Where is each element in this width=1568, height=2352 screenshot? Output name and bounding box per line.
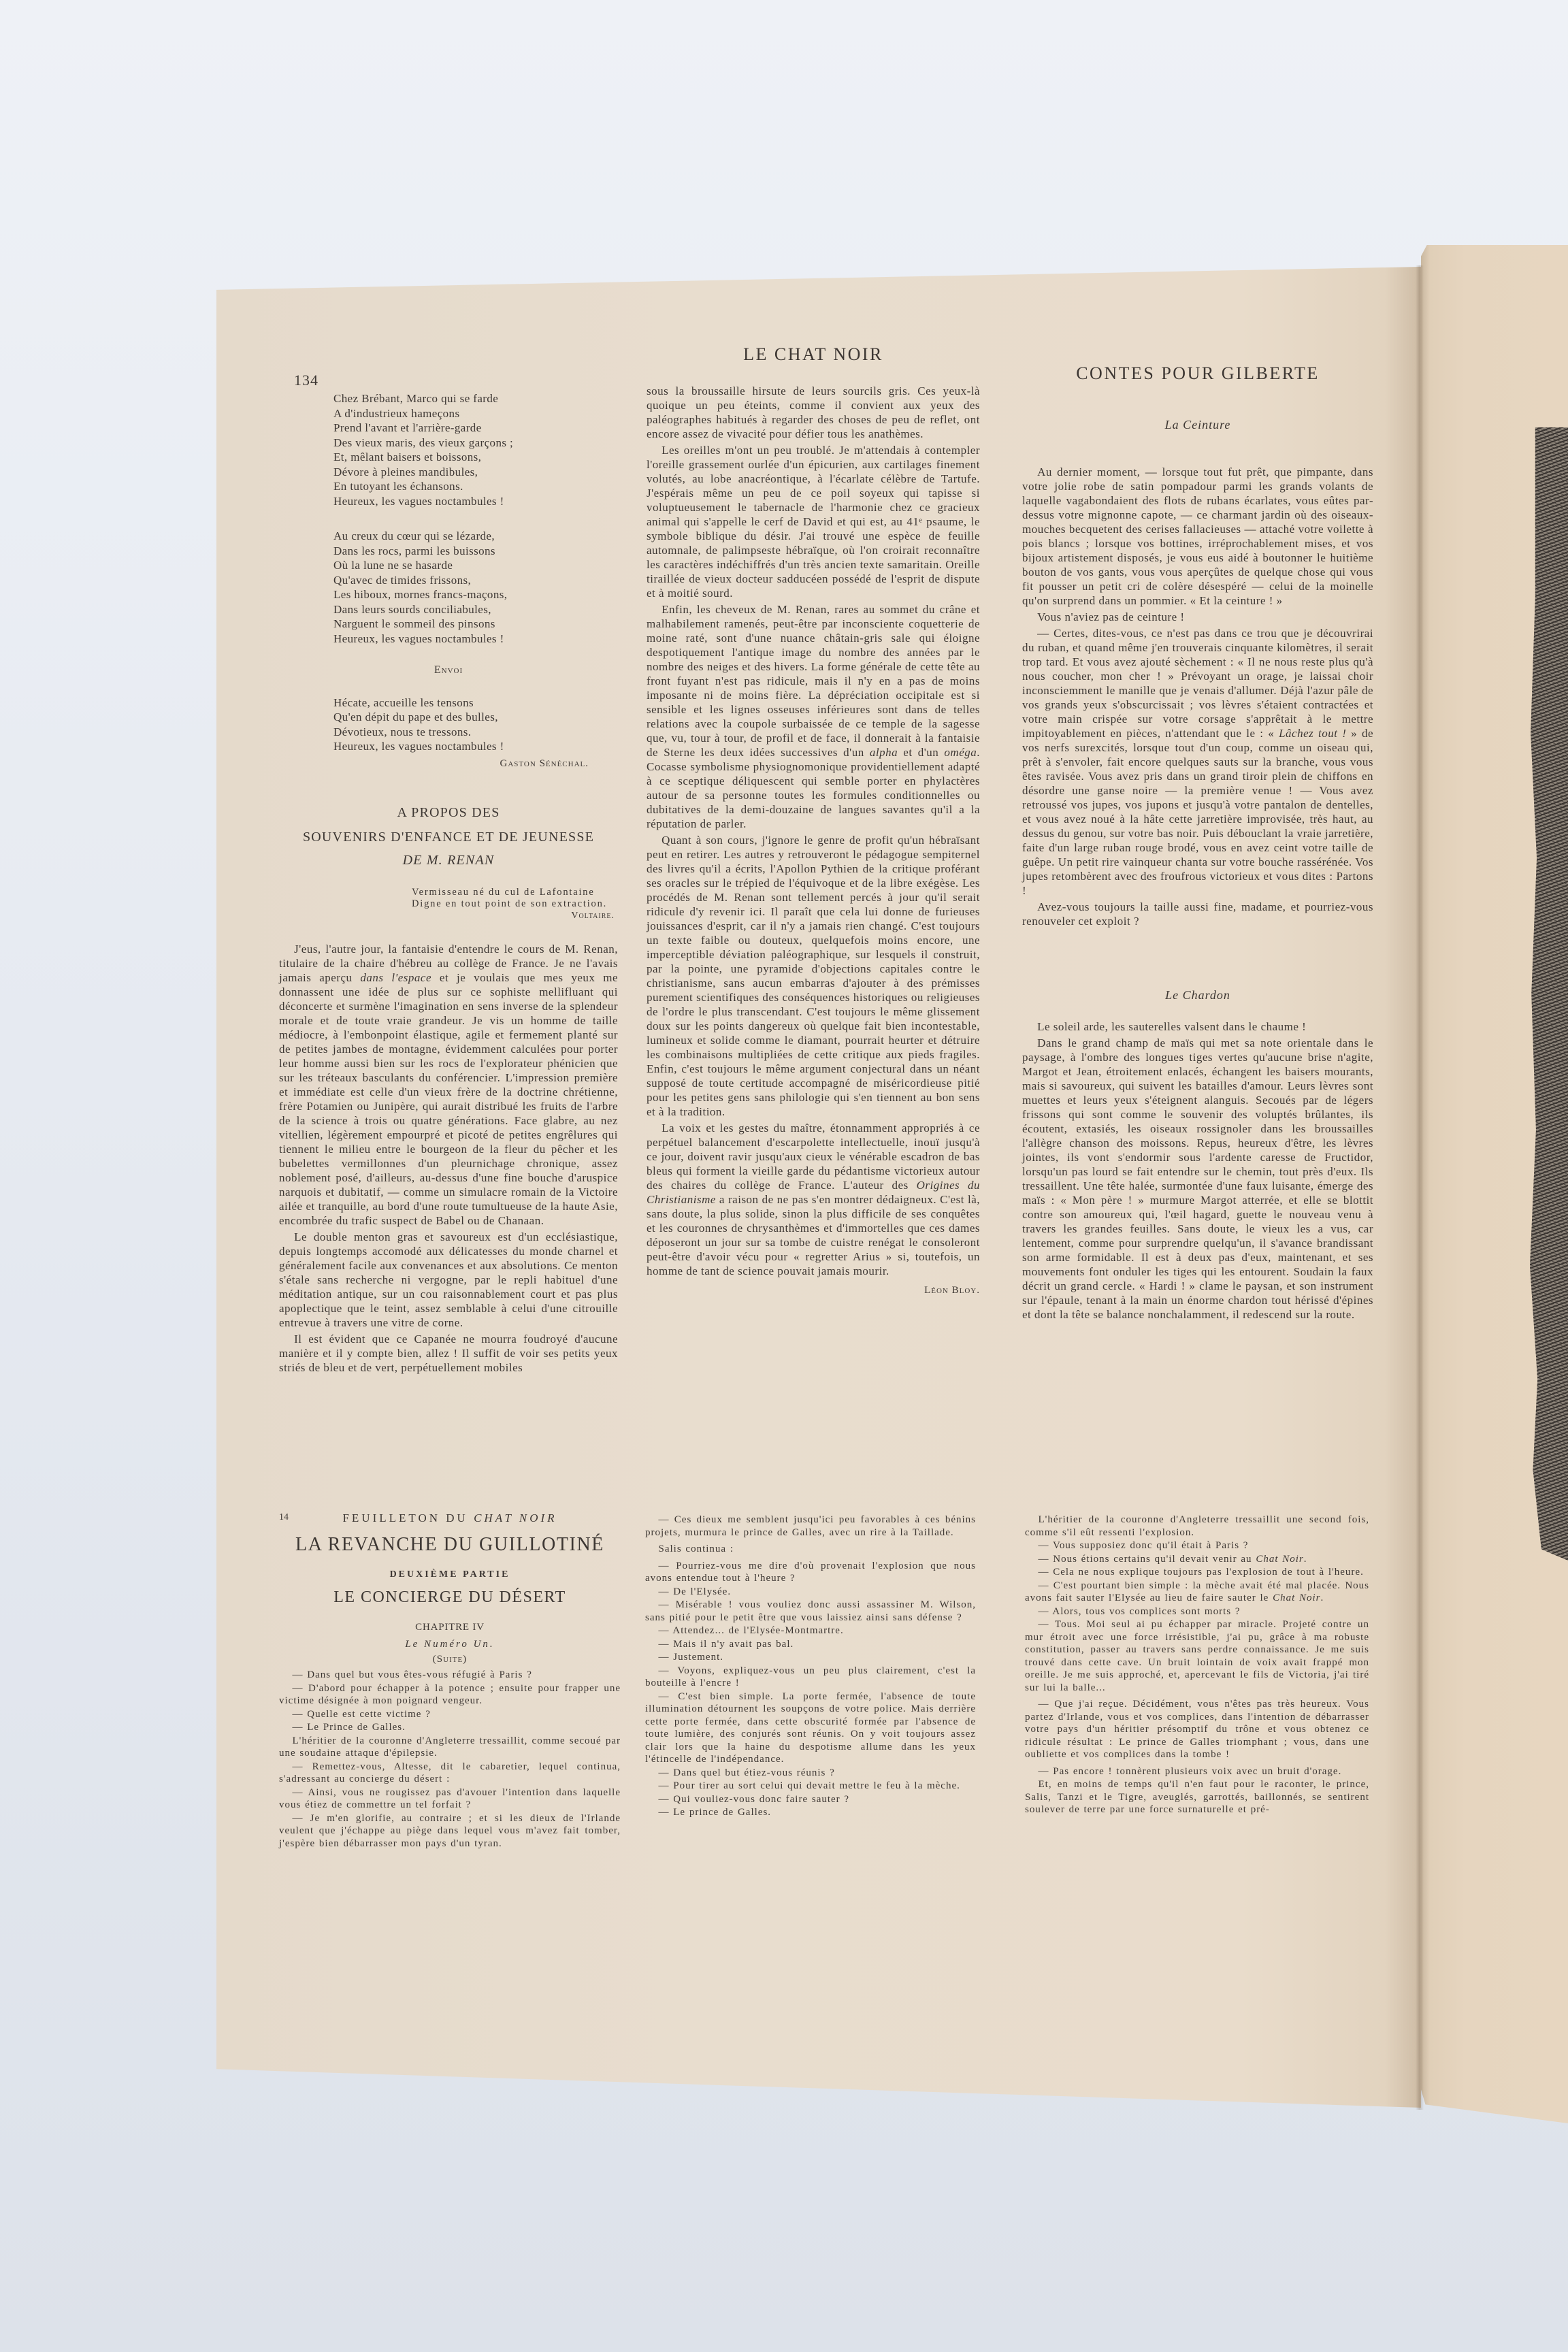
envoi-label: Envoi [279,663,618,678]
verse-line: Des vieux maris, des vieux garçons ; [279,436,618,451]
text: » de vos nerfs surexcités, lorsque tout … [1022,727,1373,897]
feuilleton-text-col1: — Dans quel but vous êtes-vous réfugié à… [279,1669,621,1850]
dialogue-line: — Pour tirer au sort celui qui devait me… [645,1780,976,1793]
dialogue-line: — Ces dieux me semblent jusqu'ici peu fa… [645,1514,976,1539]
paragraph: Les oreilles m'ont un peu troublé. Je m'… [647,443,980,600]
article-signature: Léon Bloy. [647,1284,980,1298]
text: et je voulais que mes yeux me donnassent… [279,971,618,1227]
text: Enfin, les cheveux de M. Renan, rares au… [647,603,980,759]
verse-line: Heureux, les vagues noctambules ! [279,632,618,647]
text: Le double menton gras et savoureux est d… [279,1230,618,1329]
dialogue-line: — Vous supposiez donc qu'il était à Pari… [1025,1539,1369,1552]
verse-line: Hécate, accueille les tensons [279,696,618,710]
dialogue-line: — C'est pourtant bien simple : la mèche … [1025,1580,1369,1605]
feuilleton-column-1: 14 FEUILLETON DU CHAT NOIR LA REVANCHE D… [279,1511,621,1850]
renan-article-title: A PROPOS DES SOUVENIRS D'ENFANCE ET DE J… [279,804,618,869]
paragraph: Enfin, les cheveux de M. Renan, rares au… [647,602,980,831]
epigraph: Vermisseau né du cul de Lafontaine Digne… [279,887,618,921]
dialogue-line: — Que j'ai reçue. Décidément, vous n'ête… [1025,1698,1369,1761]
text: et d'un [898,746,944,759]
dialogue-line: — Qui vouliez-vous donc faire sauter ? [645,1793,976,1806]
verse-line: Qu'en dépit du pape et des bulles, [279,710,618,725]
paragraph: Dans le grand champ de maïs qui met sa n… [1022,1036,1373,1322]
text: Il est évident que ce Capanée ne mourra … [279,1333,618,1374]
dialogue-line: — D'abord pour échapper à la potence ; e… [279,1682,621,1708]
dialogue-line: — Je m'en glorifie, au contraire ; et si… [279,1812,621,1850]
paragraph: — Certes, dites-vous, ce n'est pas dans … [1022,626,1373,898]
title-line-2: SOUVENIRS D'ENFANCE ET DE JEUNESSE [279,828,618,846]
story-title-la-ceinture: La Ceinture [1022,416,1373,433]
title-line-1: A PROPOS DES [279,804,618,821]
column-1: Chez Brébant, Marco qui se farde A d'ind… [279,391,618,1375]
verse-line: A d'industrieux hameçons [279,406,618,421]
column-3: CONTES POUR GILBERTE La Ceinture Au dern… [1022,362,1373,1322]
verse-line: Dévore à pleines mandibules, [279,465,618,480]
text: — Nous étions certains qu'il devait veni… [1039,1554,1256,1565]
story-title-le-chardon: Le Chardon [1022,987,1373,1003]
title-line-3: DE M. RENAN [279,851,618,869]
text: Avez-vous toujours la taille aussi fine,… [1022,900,1373,928]
epigraph-line: Vermisseau né du cul de Lafontaine [279,887,618,898]
dialogue-line: — Misérable ! vous vouliez donc aussi as… [645,1599,976,1624]
italic-text: Chat Noir [1256,1554,1303,1565]
dialogue-line: — Dans quel but vous êtes-vous réfugié à… [279,1669,621,1682]
feuilleton-chapter: CHAPITRE IV [279,1620,621,1635]
poem-stanza-1: Chez Brébant, Marco qui se farde A d'ind… [279,391,618,508]
verse-line: Heureux, les vagues noctambules ! [279,494,618,509]
dialogue-line: — Alors, tous vos complices sont morts ? [1025,1605,1369,1618]
text: Le soleil arde, les sauterelles valsent … [1037,1020,1306,1033]
feuilleton-part: DEUXIÈME PARTIE [279,1568,621,1582]
italic-text: dans l'espace [360,971,431,984]
dialogue-line: — Remettez-vous, Altesse, dit le cabaret… [279,1761,621,1786]
dialogue-line: L'héritier de la couronne d'Angleterre t… [279,1735,621,1760]
italic-text: oméga [944,746,977,759]
italic-text: Lâchez tout ! [1279,727,1346,740]
text: Vous n'aviez pas de ceinture ! [1037,610,1185,623]
paragraph: Vous n'aviez pas de ceinture ! [1022,610,1373,624]
verse-line: Dans leurs sourds conciliabules, [279,602,618,617]
text: . [1304,1554,1307,1565]
dialogue-line: — Pourriez-vous me dire d'où provenait l… [645,1560,976,1585]
text: Dans le grand champ de maïs qui met sa n… [1022,1036,1373,1321]
dialogue-line: — Le prince de Galles. [645,1806,976,1819]
feuilleton-title: LA REVANCHE DU GUILLOTINÉ [279,1531,621,1558]
dialogue-line: — Attendez... de l'Elysée-Montmartre. [645,1624,976,1637]
running-head-le-chat-noir: LE CHAT NOIR [647,344,980,365]
paragraph: sous la broussaille hirsute de leurs sou… [647,384,980,441]
text: . [1321,1592,1324,1603]
poem-stanza-2: Au creux du cœur qui se lézarde, Dans le… [279,529,618,646]
paragraph: La voix et les gestes du maître, étonnam… [647,1121,980,1278]
verse-line: Heureux, les vagues noctambules ! [279,739,618,754]
column-2: sous la broussaille hirsute de leurs sou… [647,384,980,1298]
verse-line: Chez Brébant, Marco qui se farde [279,391,618,406]
poem-envoi: Hécate, accueille les tensons Qu'en dépi… [279,696,618,754]
verse-line: Où la lune ne se hasarde [279,558,618,573]
page-number: 134 [294,372,318,389]
feuilleton-column-3: L'héritier de la couronne d'Angleterre t… [1025,1514,1369,1816]
feuilleton-chapter-title: Le Numéro Un. [279,1637,621,1651]
italic-text: alpha [870,746,898,759]
paragraph: Quant à son cours, j'ignore le genre de … [647,833,980,1119]
ballade-poem: Chez Brébant, Marco qui se farde A d'ind… [279,391,618,771]
dialogue-line: — Justement. [645,1651,976,1664]
poem-signature: Gaston Sénéchal. [279,757,618,771]
verse-line: Les hiboux, mornes francs-maçons, [279,587,618,602]
dialogue-line: — Cela ne nous explique toujours pas l'e… [1025,1566,1369,1579]
verse-line: Au creux du cœur qui se lézarde, [279,529,618,544]
dialogue-line: — Dans quel but étiez-vous réunis ? [645,1767,976,1780]
feuilleton-column-2: — Ces dieux me semblent jusqu'ici peu fa… [645,1514,976,1819]
italic-text: CHAT NOIR [474,1512,557,1524]
verse-line: Et, mêlant baisers et boissons, [279,450,618,465]
dialogue-line: — Voyons, expliquez-vous un peu plus cla… [645,1665,976,1690]
dialogue-line: — Pas encore ! tonnèrent plusieurs voix … [1025,1765,1369,1778]
verse-line: Dans les rocs, parmi les buissons [279,544,618,559]
text: — Certes, dites-vous, ce n'est pas dans … [1022,627,1373,740]
contes-title: CONTES POUR GILBERTE [1022,362,1373,385]
verse-line: Narguent le sommeil des pinsons [279,617,618,632]
verse-line: En tutoyant les échansons. [279,479,618,494]
dialogue-line: Et, en moins de temps qu'il n'en faut po… [1025,1778,1369,1816]
dialogue-line: — Ainsi, vous ne rougissez pas d'avouer … [279,1786,621,1812]
paragraph: Le double menton gras et savoureux est d… [279,1230,618,1330]
feuilleton-part-title: LE CONCIERGE DU DÉSERT [279,1586,621,1609]
dialogue-line: — C'est bien simple. La porte fermée, l'… [645,1690,976,1766]
feuilleton-number: 14 [279,1512,289,1523]
dialogue-line: — Tous. Moi seul ai pu échapper par mira… [1025,1618,1369,1694]
dialogue-line: — Le Prince de Galles. [279,1721,621,1734]
feuilleton-heading: FEUILLETON DU CHAT NOIR [279,1511,621,1526]
paragraph: Au dernier moment, — lorsque tout fut pr… [1022,465,1373,608]
text: Au dernier moment, — lorsque tout fut pr… [1022,465,1373,607]
paragraph: Il est évident que ce Capanée ne mourra … [279,1332,618,1375]
dialogue-line: — Quelle est cette victime ? [279,1708,621,1721]
story-le-chardon: Le soleil arde, les sauterelles valsent … [1022,1019,1373,1322]
story-la-ceinture: Au dernier moment, — lorsque tout fut pr… [1022,465,1373,928]
verse-line: Qu'avec de timides frissons, [279,573,618,588]
verse-line: Prend l'avant et l'arrière-garde [279,421,618,436]
text: Quant à son cours, j'ignore le genre de … [647,834,980,1118]
paragraph: Le soleil arde, les sauterelles valsent … [1022,1019,1373,1034]
text: Les oreilles m'ont un peu troublé. Je m'… [647,444,980,600]
dialogue-line: — De l'Elysée. [645,1586,976,1599]
dialogue-line: — Nous étions certains qu'il devait veni… [1025,1553,1369,1566]
text: sous la broussaille hirsute de leurs sou… [647,385,980,440]
epigraph-line: Digne en tout point de son extraction. [279,898,618,910]
page-gutter-fold [1416,265,1424,2110]
epigraph-attribution: Voltaire. [279,910,618,921]
dialogue-line: L'héritier de la couronne d'Angleterre t… [1025,1514,1369,1539]
italic-text: Chat Noir [1273,1592,1320,1603]
verse-line: Dévotieux, nous te tressons. [279,725,618,740]
dialogue-line: — Mais il n'y avait pas bal. [645,1638,976,1651]
paragraph: Avez-vous toujours la taille aussi fine,… [1022,900,1373,928]
feuilleton-continued: (Suite) [279,1652,621,1666]
paragraph: J'eus, l'autre jour, la fantaisie d'ente… [279,942,618,1228]
renan-article-body-col1: J'eus, l'autre jour, la fantaisie d'ente… [279,942,618,1375]
dialogue-line: Salis continua : [645,1543,976,1556]
text: FEUILLETON DU [342,1512,474,1524]
